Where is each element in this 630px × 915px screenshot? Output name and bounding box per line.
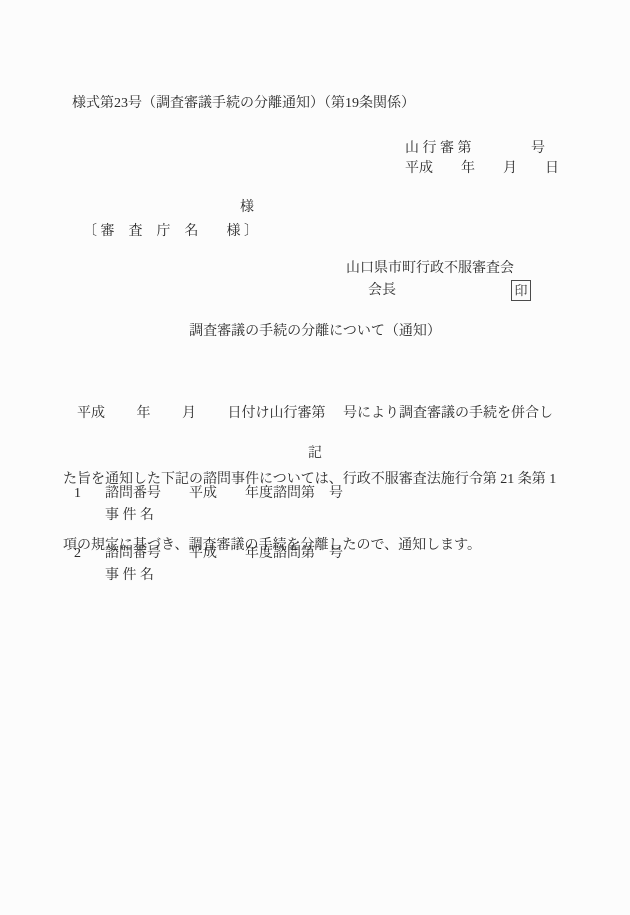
item-2-number: 2 xyxy=(74,546,81,561)
item-1-number: 1 xyxy=(74,486,81,501)
document-page: 様式第23号（調査審議手続の分離通知）（第19条関係） 山 行 審 第 号 平成… xyxy=(0,0,630,915)
body-paragraph: 平成 年 月 日付け山行審第 号により調査審議の手続を併合し た旨を通知した下記… xyxy=(63,359,569,601)
item-2-inquiry-line: 諮問番号 平成 年度諮問第 号 xyxy=(105,546,343,561)
sender-title: 会長 xyxy=(368,283,396,298)
seal-character: 印 xyxy=(514,284,527,297)
seal-box: 印 xyxy=(511,280,531,301)
list-heading-ki: 記 xyxy=(63,446,567,461)
addressee-honorific: 様 xyxy=(240,200,254,215)
item-1-inquiry-line: 諮問番号 平成 年度諮問第 号 xyxy=(105,486,343,501)
doc-number-line: 山 行 審 第 号 xyxy=(405,141,545,156)
item-2-case-line: 事 件 名 xyxy=(105,568,154,583)
body-line-1: 平成 年 月 日付け山行審第 号により調査審議の手続を併合し xyxy=(63,403,569,425)
item-1-case-line: 事 件 名 xyxy=(105,508,154,523)
form-label: 様式第23号（調査審議手続の分離通知）（第19条関係） xyxy=(72,96,415,111)
addressee-bracket-note: 〔 審 査 庁 名 様 〕 xyxy=(83,224,258,239)
subject-line: 調査審議の手続の分離について（通知） xyxy=(63,324,567,339)
sender-organization: 山口県市町行政不服審査会 xyxy=(346,261,514,276)
date-line: 平成 年 月 日 xyxy=(405,161,559,176)
